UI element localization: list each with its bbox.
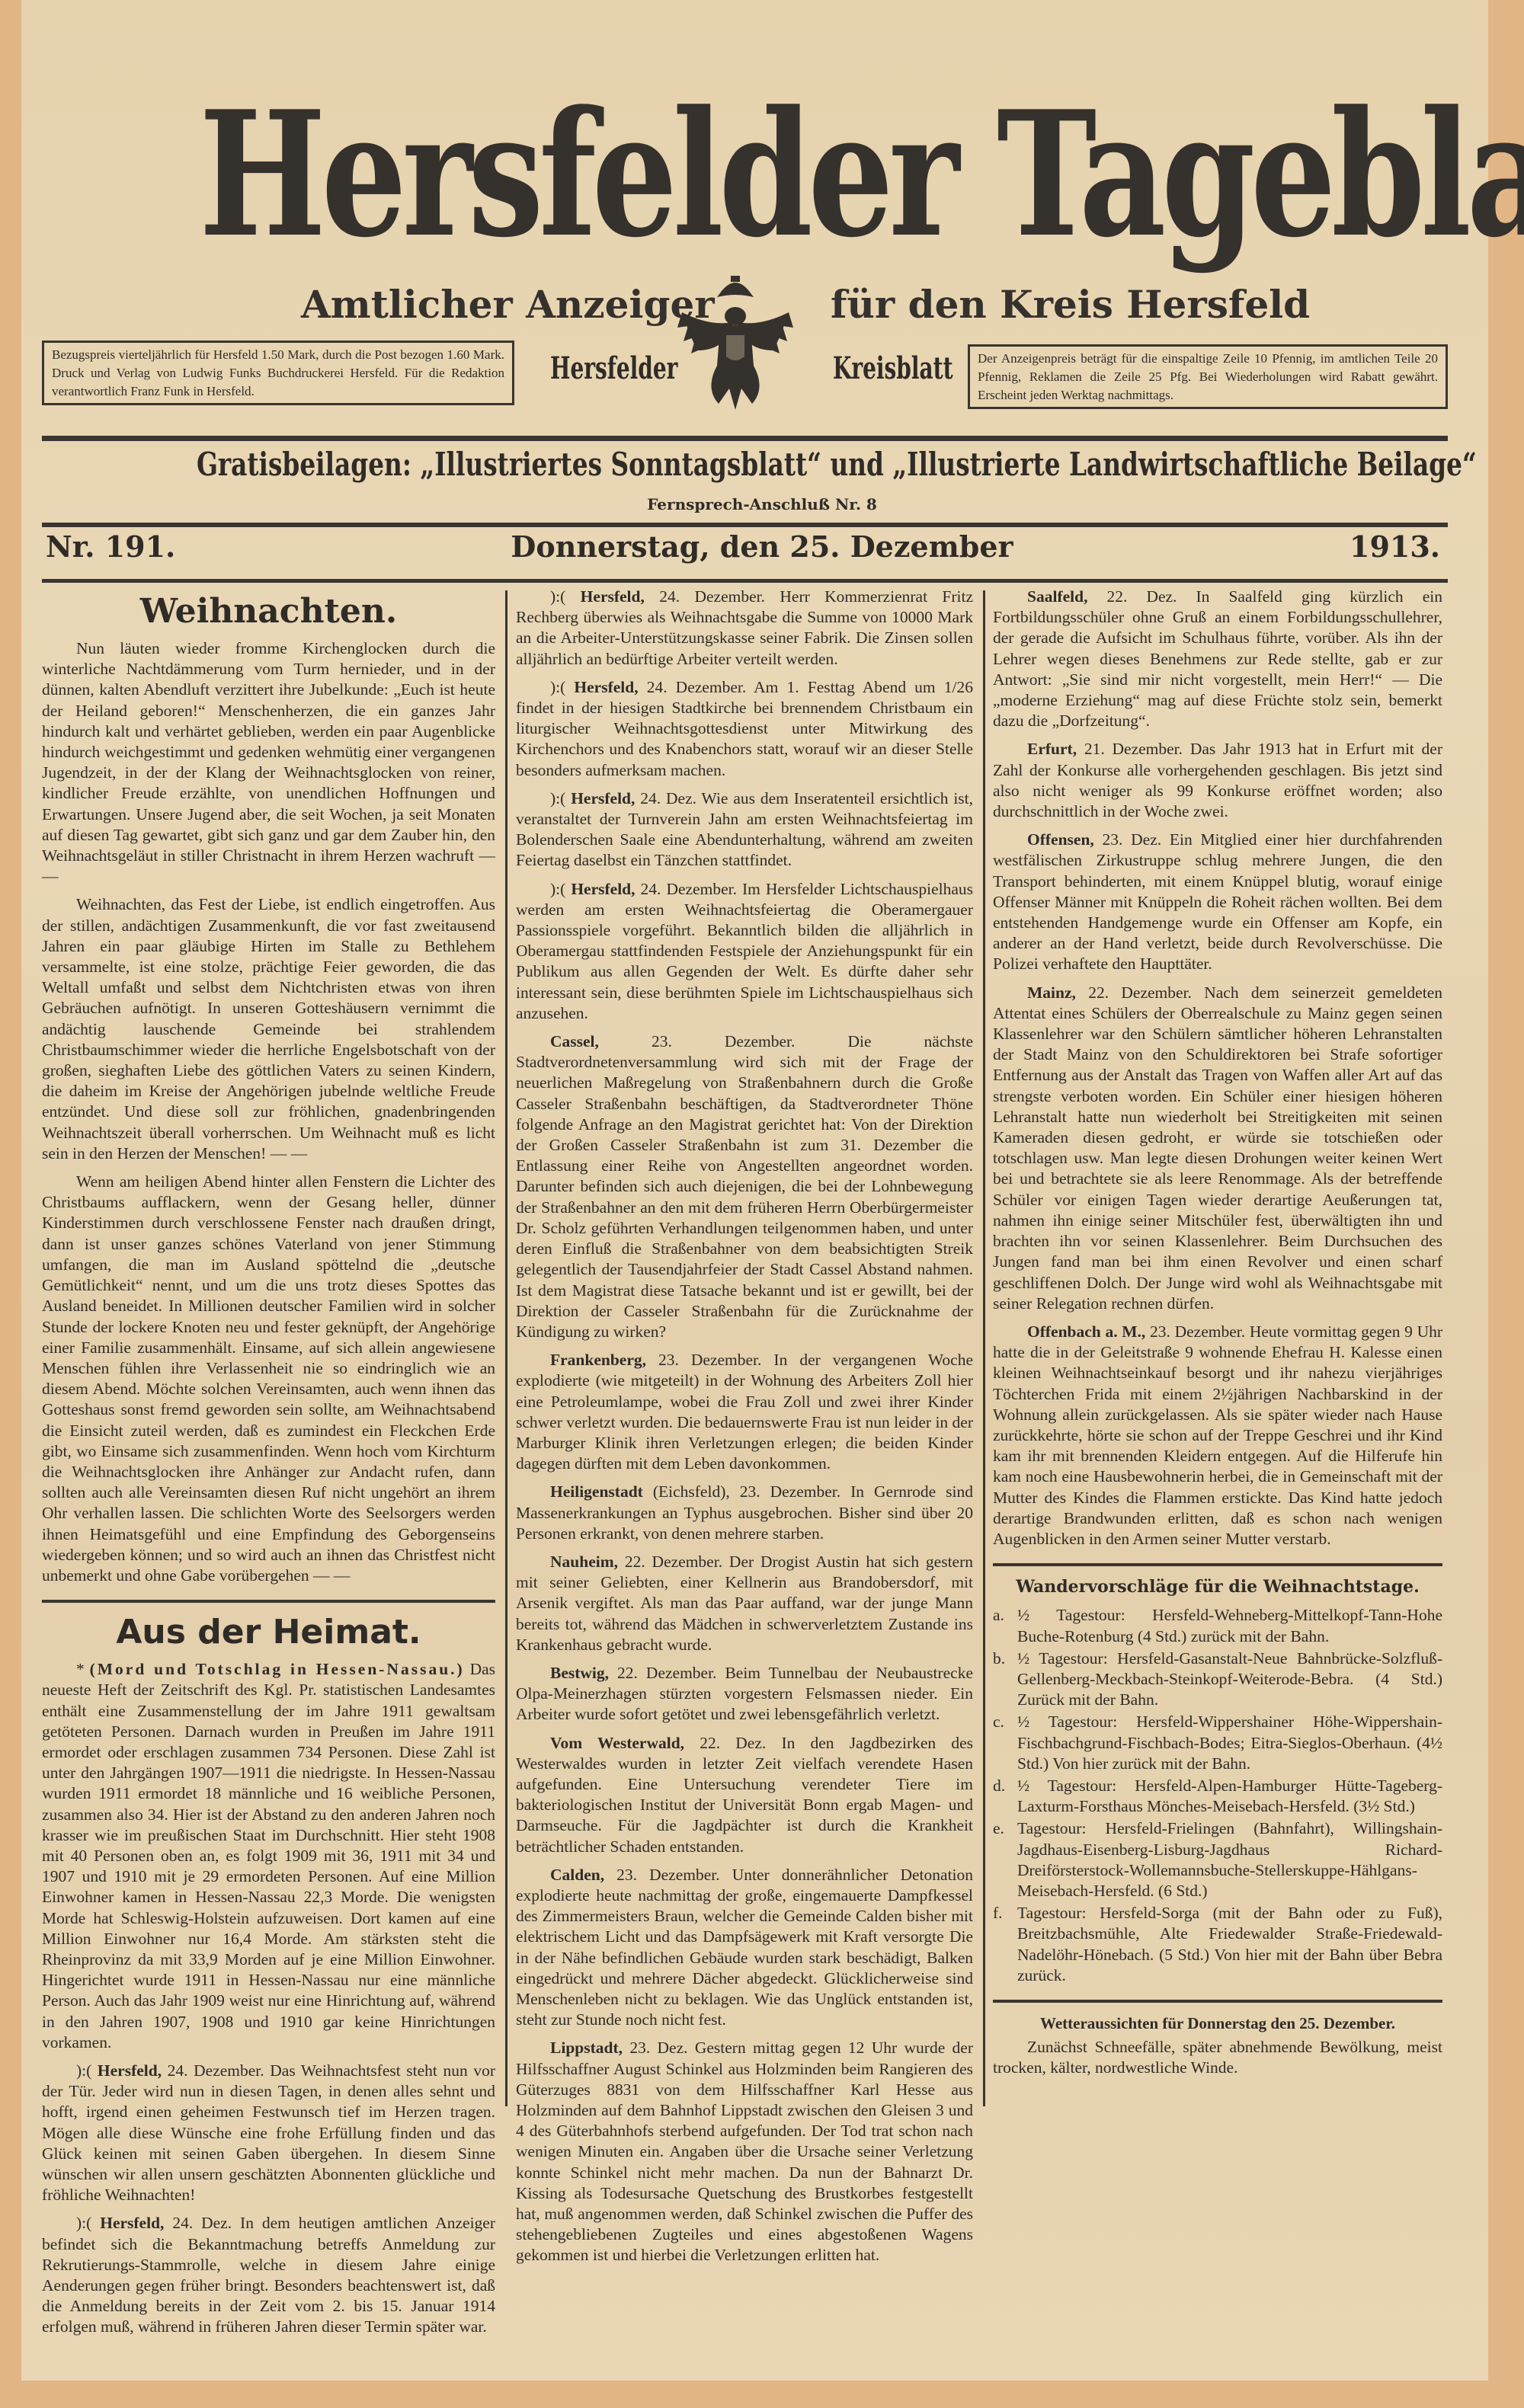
- news-item: * (Mord und Totschlag in Hessen-Nassau.)…: [42, 1659, 495, 2053]
- news-item: Vom Westerwald, 22. Dez. In den Jagdbezi…: [516, 1733, 973, 1857]
- list-item: a.½ Tagestour: Hersfeld-Wehneberg-Mittel…: [993, 1605, 1442, 1646]
- newspaper-title: Hersfelder Tageblatt: [199, 61, 1286, 289]
- weather-text: Zunächst Schneefälle, später abnehmende …: [993, 2037, 1442, 2078]
- hiking-title: Wandervorschläge für die Weihnachtstage.: [993, 1577, 1442, 1597]
- subscription-info-box: Bezugspreis vierteljährlich für Hersfeld…: [42, 341, 514, 405]
- section-divider: [993, 2000, 1442, 2003]
- issue-date: Donnerstag, den 25. Dezember: [0, 529, 1524, 564]
- news-item: ):( Hersfeld, 24. Dezember. Herr Kommerz…: [516, 587, 973, 670]
- hiking-list: a.½ Tagestour: Hersfeld-Wehneberg-Mittel…: [993, 1605, 1442, 1986]
- weather-title: Wetteraussichten für Donnerstag den 25. …: [993, 2013, 1442, 2034]
- article-paragraph: Wenn am heiligen Abend hinter allen Fens…: [42, 1172, 495, 1586]
- list-item: c.½ Tagestour: Hersfeld-Wippershainer Hö…: [993, 1712, 1442, 1774]
- divider-rule: [42, 436, 1448, 441]
- advertising-info-box: Der Anzeigenpreis beträgt für die einspa…: [968, 344, 1448, 409]
- news-item: Lippstadt, 23. Dez. Gestern mittag gegen…: [516, 2038, 973, 2266]
- news-item: Heiligenstadt (Eichsfeld), 23. Dezember.…: [516, 1482, 973, 1544]
- supplements-line: Gratisbeilagen: „Illustriertes Sonntagsb…: [197, 446, 1293, 483]
- phone-line: Fernsprech-Anschluß Nr. 8: [0, 495, 1524, 513]
- column-divider: [505, 590, 507, 2106]
- news-item: ):( Hersfeld, 24. Dezember. Am 1. Festta…: [516, 677, 973, 781]
- list-item: b.½ Tagestour: Hersfeld-Gasanstalt-Neue …: [993, 1649, 1442, 1711]
- news-item: Erfurt, 21. Dezember. Das Jahr 1913 hat …: [993, 739, 1442, 822]
- column-2: ):( Hersfeld, 24. Dezember. Herr Kommerz…: [516, 587, 973, 2274]
- news-item: ):( Hersfeld, 24. Dez. In dem heutigen a…: [42, 2213, 495, 2337]
- news-item: ):( Hersfeld, 24. Dez. Wie aus dem Inser…: [516, 788, 973, 871]
- news-item: Cassel, 23. Dezember. Die nächste Stadtv…: [516, 1031, 973, 1342]
- section-divider: [42, 1600, 495, 1603]
- column-3: Saalfeld, 22. Dez. In Saalfeld ging kürz…: [993, 587, 1442, 2087]
- imperial-eagle-icon: [674, 274, 796, 411]
- article-paragraph: Nun läuten wieder fromme Kirchenglocken …: [42, 638, 495, 887]
- news-item: Frankenberg, 23. Dezember. In der vergan…: [516, 1350, 973, 1474]
- divider-rule: [42, 579, 1448, 583]
- news-item: Bestwig, 22. Dezember. Beim Tunnelbau de…: [516, 1663, 973, 1725]
- news-item: Calden, 23. Dezember. Unter donnerähnlic…: [516, 1865, 973, 2031]
- emblem-label-left: Hersfelder: [550, 350, 677, 386]
- news-item: ):( Hersfeld, 24. Dezember. Im Hersfelde…: [516, 879, 973, 1024]
- section-title-heimat: Aus der Heimat.: [42, 1613, 495, 1652]
- news-item: Offensen, 23. Dez. Ein Mitglied einer hi…: [993, 830, 1442, 974]
- article-paragraph: Weihnachten, das Fest der Liebe, ist end…: [42, 894, 495, 1164]
- news-item: Offenbach a. M., 23. Dezember. Heute vor…: [993, 1322, 1442, 1549]
- section-divider: [993, 1563, 1442, 1566]
- news-item: Nauheim, 22. Dezember. Der Drogist Austi…: [516, 1552, 973, 1655]
- news-item: Saalfeld, 22. Dez. In Saalfeld ging kürz…: [993, 587, 1442, 731]
- subtitle-left: Amtlicher Anzeiger: [301, 282, 715, 327]
- column-1: Weihnachten. Nun läuten wieder fromme Ki…: [42, 587, 495, 2346]
- emblem-label-right: Kreisblatt: [833, 350, 953, 386]
- list-item: d.½ Tagestour: Hersfeld-Alpen-Hamburger …: [993, 1776, 1442, 1817]
- news-item: ):( Hersfeld, 24. Dezember. Das Weihnach…: [42, 2061, 495, 2205]
- article-title-weihnachten: Weihnachten.: [42, 593, 495, 631]
- issue-year: 1913.: [1350, 529, 1440, 564]
- subtitle-right: für den Kreis Hersfeld: [831, 282, 1310, 327]
- news-item: Mainz, 22. Dezember. Nach dem seinerzeit…: [993, 983, 1442, 1314]
- divider-rule: [42, 523, 1448, 527]
- column-divider: [983, 590, 985, 2106]
- list-item: e.Tagestour: Hersfeld-Frielingen (Bahnfa…: [993, 1818, 1442, 1901]
- list-item: f.Tagestour: Hersfeld-Sorga (mit der Bah…: [993, 1903, 1442, 1986]
